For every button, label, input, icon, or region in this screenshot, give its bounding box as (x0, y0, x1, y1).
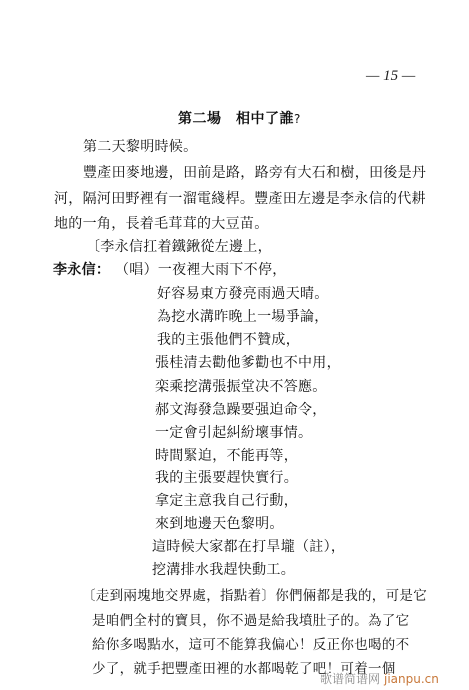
paragraph-line: 河，隔河田野裡有一溜電綫桿。豐產田左邊是李永信的代耕 (54, 188, 426, 208)
scene-title-mark: ? (294, 112, 301, 126)
song-line: 一定會引起糾紛壞事情。 (155, 422, 312, 442)
dialogue-line: 給你多喝點水，這可不能算我偏心！反正你也喝的不 (92, 633, 409, 653)
song-line: 好容易東方發亮雨過天晴。 (157, 283, 329, 303)
paragraph-line: 第二天黎明時候。 (83, 136, 197, 156)
speaker-name: 李永信： (53, 262, 110, 278)
scene-title-text: 第二場 相中了誰 (178, 111, 294, 127)
song-direction: （唱） (115, 262, 158, 278)
page-number: — 15 — (366, 68, 415, 85)
dialogue-line: 〔走到兩塊地交界處，指點着〕你們倆都是我的，可是它 (82, 584, 427, 604)
song-line: 這時候大家都在打旱壠（註）， (152, 536, 345, 556)
dialogue-line: 是咱們全村的寶貝，你不過是給我墳肚子的。為了它 (92, 609, 409, 629)
song-line: 挖溝排水我趕快動工。 (152, 559, 295, 579)
song-line: 來到地邊天色黎明。 (155, 513, 284, 533)
watermark: 歌谱简谱网jianpu.cn (320, 670, 439, 687)
song-line: 郝文海發急躁要强迫命令， (155, 399, 327, 419)
song-line: 我的主張要趕快實行。 (155, 467, 298, 487)
song-line: 張桂清去勸他爹勸也不中用， (155, 352, 341, 372)
song-line: 我的主張他們不贊成， (157, 329, 300, 349)
stage-direction: 〔李永信扛着鐵鍬從左邊上， (86, 236, 272, 256)
song-line: 栾乘挖溝張振堂决不答應。 (155, 376, 327, 396)
song-line: 時間緊迫，不能再等， (155, 445, 298, 465)
song-line: 為挖水溝昨晚上一場爭論， (157, 306, 329, 326)
scene-title: 第二場 相中了誰? (178, 108, 301, 128)
watermark-domain: jianpu.cn (384, 672, 439, 686)
paragraph-line: 豐產田麥地邊，田前是路，路旁有大石和樹，田後是丹 (83, 162, 426, 182)
paragraph-line: 地的一角，長着毛茸茸的大豆苗。 (54, 213, 269, 233)
watermark-text: 歌谱简谱网 (320, 672, 380, 686)
song-line: 一夜裡大雨下不停， (158, 262, 287, 278)
song-header: 李永信： （唱）一夜裡大雨下不停， (53, 259, 287, 279)
song-line: 拿定主意我自己行動， (155, 490, 298, 510)
